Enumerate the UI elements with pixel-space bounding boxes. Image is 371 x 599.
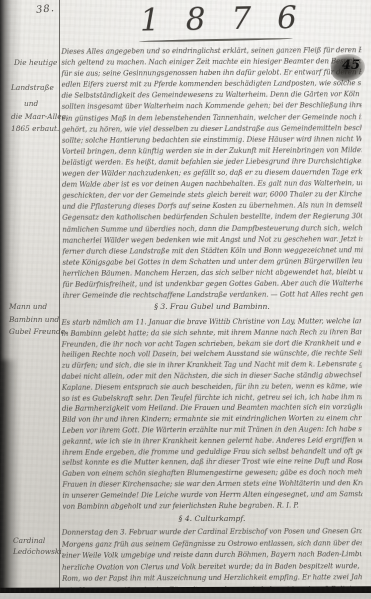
manuscript-line: ihrer Gemeinde die rechtschaffene Landst… (63, 289, 363, 302)
margin-note-line: Ledóchowski. (13, 547, 64, 556)
manuscript-line: in unserer Gemeinde! Die Leiche wurde vo… (62, 489, 362, 501)
margin-note-line: Bambinn und (9, 315, 68, 324)
scanned-page: 38. 1876 45 Die heutigeLandstraßeunddie … (0, 0, 371, 599)
margin-note-line: die Maar-Allee, (11, 112, 68, 121)
margin-note-road: Die heutigeLandstraßeunddie Maar-Allee,1… (11, 58, 68, 133)
section-heading-4: § 4. Culturkampf. (62, 514, 362, 523)
manuscript-line: von Bambinn abgeholt und zur feierlichst… (62, 500, 362, 512)
manuscript-paragraph-2: Es starb nämlich am 11. Januar die brave… (61, 316, 362, 512)
manuscript-paragraph-1: Dieses Alles angegeben und so eindringli… (61, 45, 362, 302)
page-number: 38. (35, 3, 55, 16)
margin-note-line: Die heutige (14, 58, 68, 67)
year-heading: 1876 (140, 0, 324, 39)
margin-note-line: 1865 erbaut. (11, 124, 68, 133)
margin-note-line: Gubel Freunde. (9, 327, 68, 336)
manuscript-line: Donnerstag den 3. Februar wurde der Card… (62, 526, 362, 539)
margin-note-cardinal: CardinalLedóchowski. (13, 536, 64, 558)
scan-bottom-strip (0, 593, 371, 599)
margin-note-line: Cardinal (13, 536, 64, 545)
margin-note-line: Mann und (9, 302, 68, 311)
margin-note-line: Landstraße (11, 83, 68, 92)
year-underline (139, 38, 293, 43)
margin-note-gubel: Mann undBambinn undGubel Freunde. (9, 302, 68, 340)
section-heading-3: § 3. Frau Gubel und Bambinn. (62, 302, 362, 311)
manuscript-line: Gegensatz den katholischen bedürfenden S… (62, 212, 362, 225)
book-binding-shadow-lower (0, 360, 20, 599)
